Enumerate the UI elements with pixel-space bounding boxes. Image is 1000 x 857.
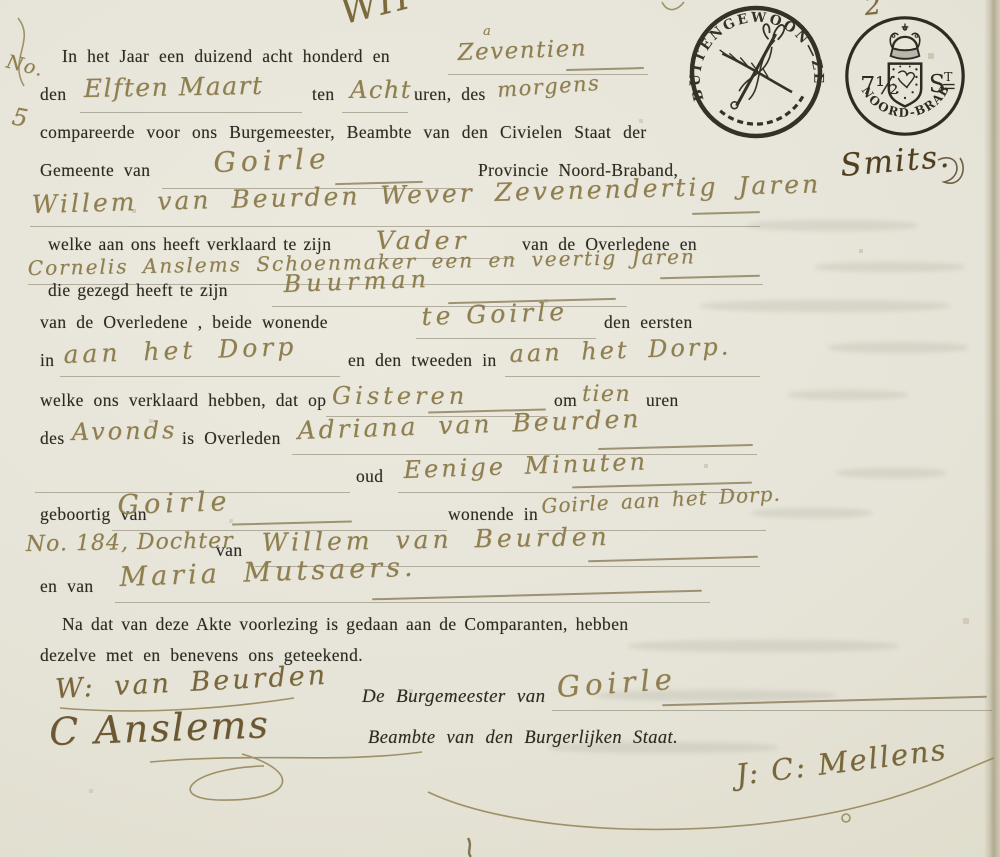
entry-day-month: Elften Maart [83, 71, 263, 103]
form-rule-line [342, 112, 408, 113]
ink-bleedthrough [748, 220, 918, 231]
beambte-label: Beambte van den Burgerlijken Staat. [368, 728, 678, 749]
entry-address1: aan het Dorp [63, 332, 298, 369]
crown-icon [890, 24, 920, 59]
margin-act-number: 5 [10, 102, 31, 132]
form-rule-line [552, 710, 992, 711]
entry-age: Eenige Minuten [403, 447, 648, 484]
svg-text:BUITENGEWOON—ZEGEL.: BUITENGEWOON—ZEGEL. [675, 0, 829, 111]
page-right-edge [984, 0, 1000, 857]
ink-bleedthrough [628, 640, 898, 652]
entry-relation2: Buurman [283, 265, 431, 298]
extraordinary-seal-stamp: BUITENGEWOON—ZEGEL. [675, 0, 837, 153]
death-certificate-page: No. 5 WH a 2 BUITENGEWOON—ZEGEL. [0, 0, 1000, 857]
entry-death-hour: tien [582, 382, 631, 407]
form-rule-line [115, 602, 710, 603]
ink-dash [232, 520, 352, 525]
entry-housenumber-relation: No. 184, Dochter [26, 528, 234, 557]
duty-unit-sup: T [944, 69, 953, 84]
ink-bleedthrough [815, 262, 965, 272]
ink-dash [588, 556, 758, 562]
ink-dash [660, 275, 760, 280]
form-text: en den tweeden in [348, 350, 497, 371]
entry-deceased-name: Adriana van Beurden [297, 404, 642, 445]
duty-stamp: 7½ S T NOORD-BRABAND. [843, 14, 967, 138]
form-text: Na dat van deze Akte voorlezing is gedaa… [62, 614, 629, 635]
ink-bleedthrough [828, 342, 968, 353]
inspector-signature: Smits. [839, 138, 952, 184]
entry-hour: Acht [350, 76, 412, 104]
entry-death-day: Gisteren [332, 382, 468, 410]
form-rule-line [80, 112, 302, 113]
caduceus-emblem [717, 21, 797, 109]
entry-birthplace: Goirle [117, 486, 232, 521]
ink-bleedthrough [836, 468, 946, 478]
form-text: den eersten [604, 312, 693, 333]
form-text: oud [356, 466, 383, 487]
form-text: is Overleden [182, 428, 281, 449]
entry-residence: te Goirle [421, 297, 568, 331]
form-text: des [40, 428, 65, 449]
ink-dash [692, 211, 760, 215]
form-text: wonende in [448, 504, 538, 525]
form-text: Gemeente van [40, 160, 150, 181]
form-text: van de Overledene , beide wonende [40, 312, 328, 333]
entry-mother-name: Maria Mutsaers. [119, 552, 417, 593]
form-text: In het Jaar een duizend acht honderd en [62, 46, 390, 67]
form-text: in [40, 350, 54, 371]
ink-bleedthrough [752, 508, 872, 518]
official-signature-dot [842, 814, 850, 822]
form-rule-line [60, 376, 340, 377]
entry-death-daypart: Avonds [72, 416, 178, 446]
burgemeester-label: De Burgemeester van [362, 686, 546, 708]
witness2-signature: C Anslems [48, 702, 270, 754]
form-rule-line [505, 376, 760, 377]
form-text: welke ons verklaard hebben, dat op [40, 390, 326, 411]
entry-year: Zeventien [457, 35, 587, 66]
correction-mark: a [483, 24, 492, 39]
form-text: ten [312, 84, 335, 105]
form-text: die gezegd heeft te zijn [48, 280, 228, 301]
witness2-flourish-line [150, 752, 422, 762]
form-text: en van [40, 576, 94, 597]
ink-bleedthrough [700, 300, 950, 312]
top-flourish [662, 2, 684, 10]
ink-dash [372, 590, 702, 601]
ink-dash [566, 67, 644, 71]
next-act-partial-mark [468, 838, 471, 857]
registrar-monogram: WH [336, 0, 415, 33]
entry-father-name: Willem van Beurden [261, 522, 610, 557]
paper-specks [0, 0, 2, 2]
witness1-signature: W: van Beurden [54, 660, 328, 705]
form-text: compareerde voor ons Burgemeester, Beamb… [40, 122, 647, 143]
form-text: uren, des [414, 84, 486, 105]
ink-bleedthrough [788, 390, 908, 400]
margin-no-label: No. [4, 51, 46, 82]
form-text: den [40, 84, 66, 105]
witness2-flourish-loop [190, 754, 282, 800]
entry-daypart: morgens [496, 71, 601, 102]
entry-gemeente: Goirle [213, 142, 331, 179]
seal-arc-text: BUITENGEWOON—ZEGEL. [675, 0, 829, 111]
form-text: uren [646, 390, 679, 411]
official-signature: J: C: Mellens [734, 732, 949, 792]
